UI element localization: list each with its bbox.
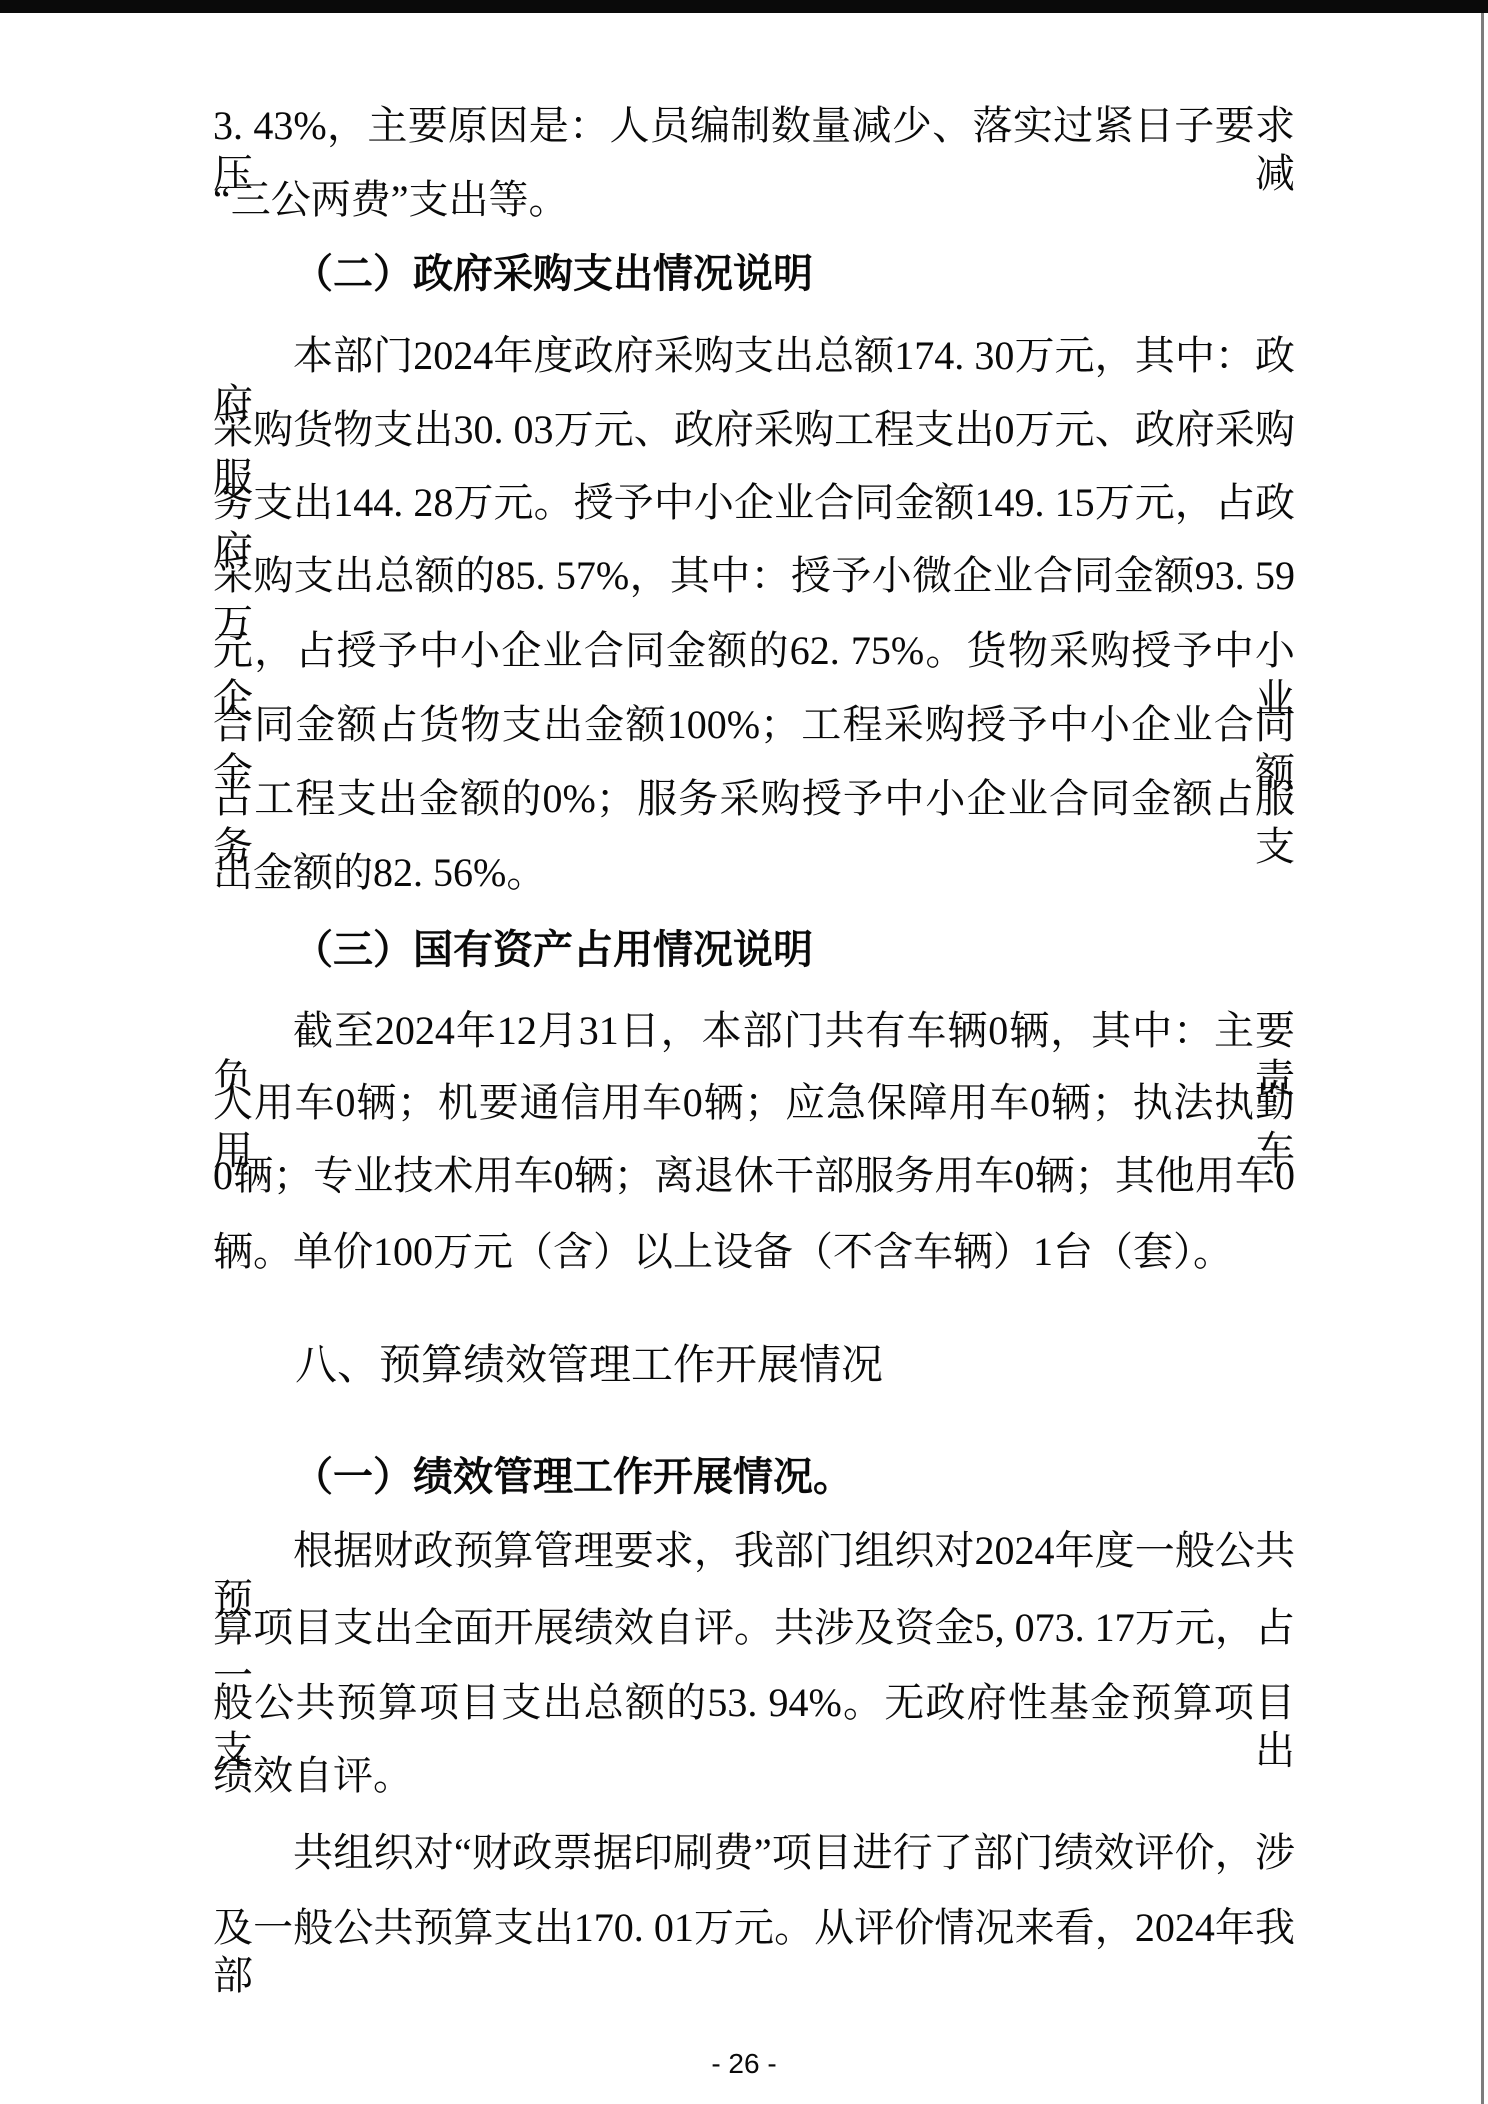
subsection-heading-performance: （一）绩效管理工作开展情况。	[213, 1453, 1375, 1501]
top-edge-bar	[0, 0, 1488, 13]
page-right-edge-line	[1481, 13, 1484, 2104]
chapter-heading-performance: 八、预算绩效管理工作开展情况	[213, 1341, 1377, 1391]
section-heading-procurement: （二）政府采购支出情况说明	[213, 250, 1375, 298]
section-heading-state-assets: （三）国有资产占用情况说明	[213, 926, 1375, 974]
body-line: 及一般公共预算支出170. 01万元。从评价情况来看，2024年我部	[213, 1904, 1295, 2000]
body-line: 共组织对“财政票据印刷费”项目进行了部门绩效评价，涉	[213, 1829, 1295, 1877]
document-page: 3. 43%，主要原因是：人员编制数量减少、落实过紧日子要求压减 “三公两费”支…	[0, 0, 1488, 2104]
body-line: 辆。单价100万元（含）以上设备（不含车辆）1台（套）。	[213, 1228, 1295, 1276]
page-number: - 26 -	[0, 2048, 1488, 2080]
body-line: 出金额的82. 56%。	[213, 849, 1295, 897]
body-line: 0辆；专业技术用车0辆；离退休干部服务用车0辆；其他用车0	[213, 1152, 1295, 1200]
body-line: “三公两费”支出等。	[213, 176, 1295, 224]
body-line: 绩效自评。	[213, 1752, 1295, 1800]
